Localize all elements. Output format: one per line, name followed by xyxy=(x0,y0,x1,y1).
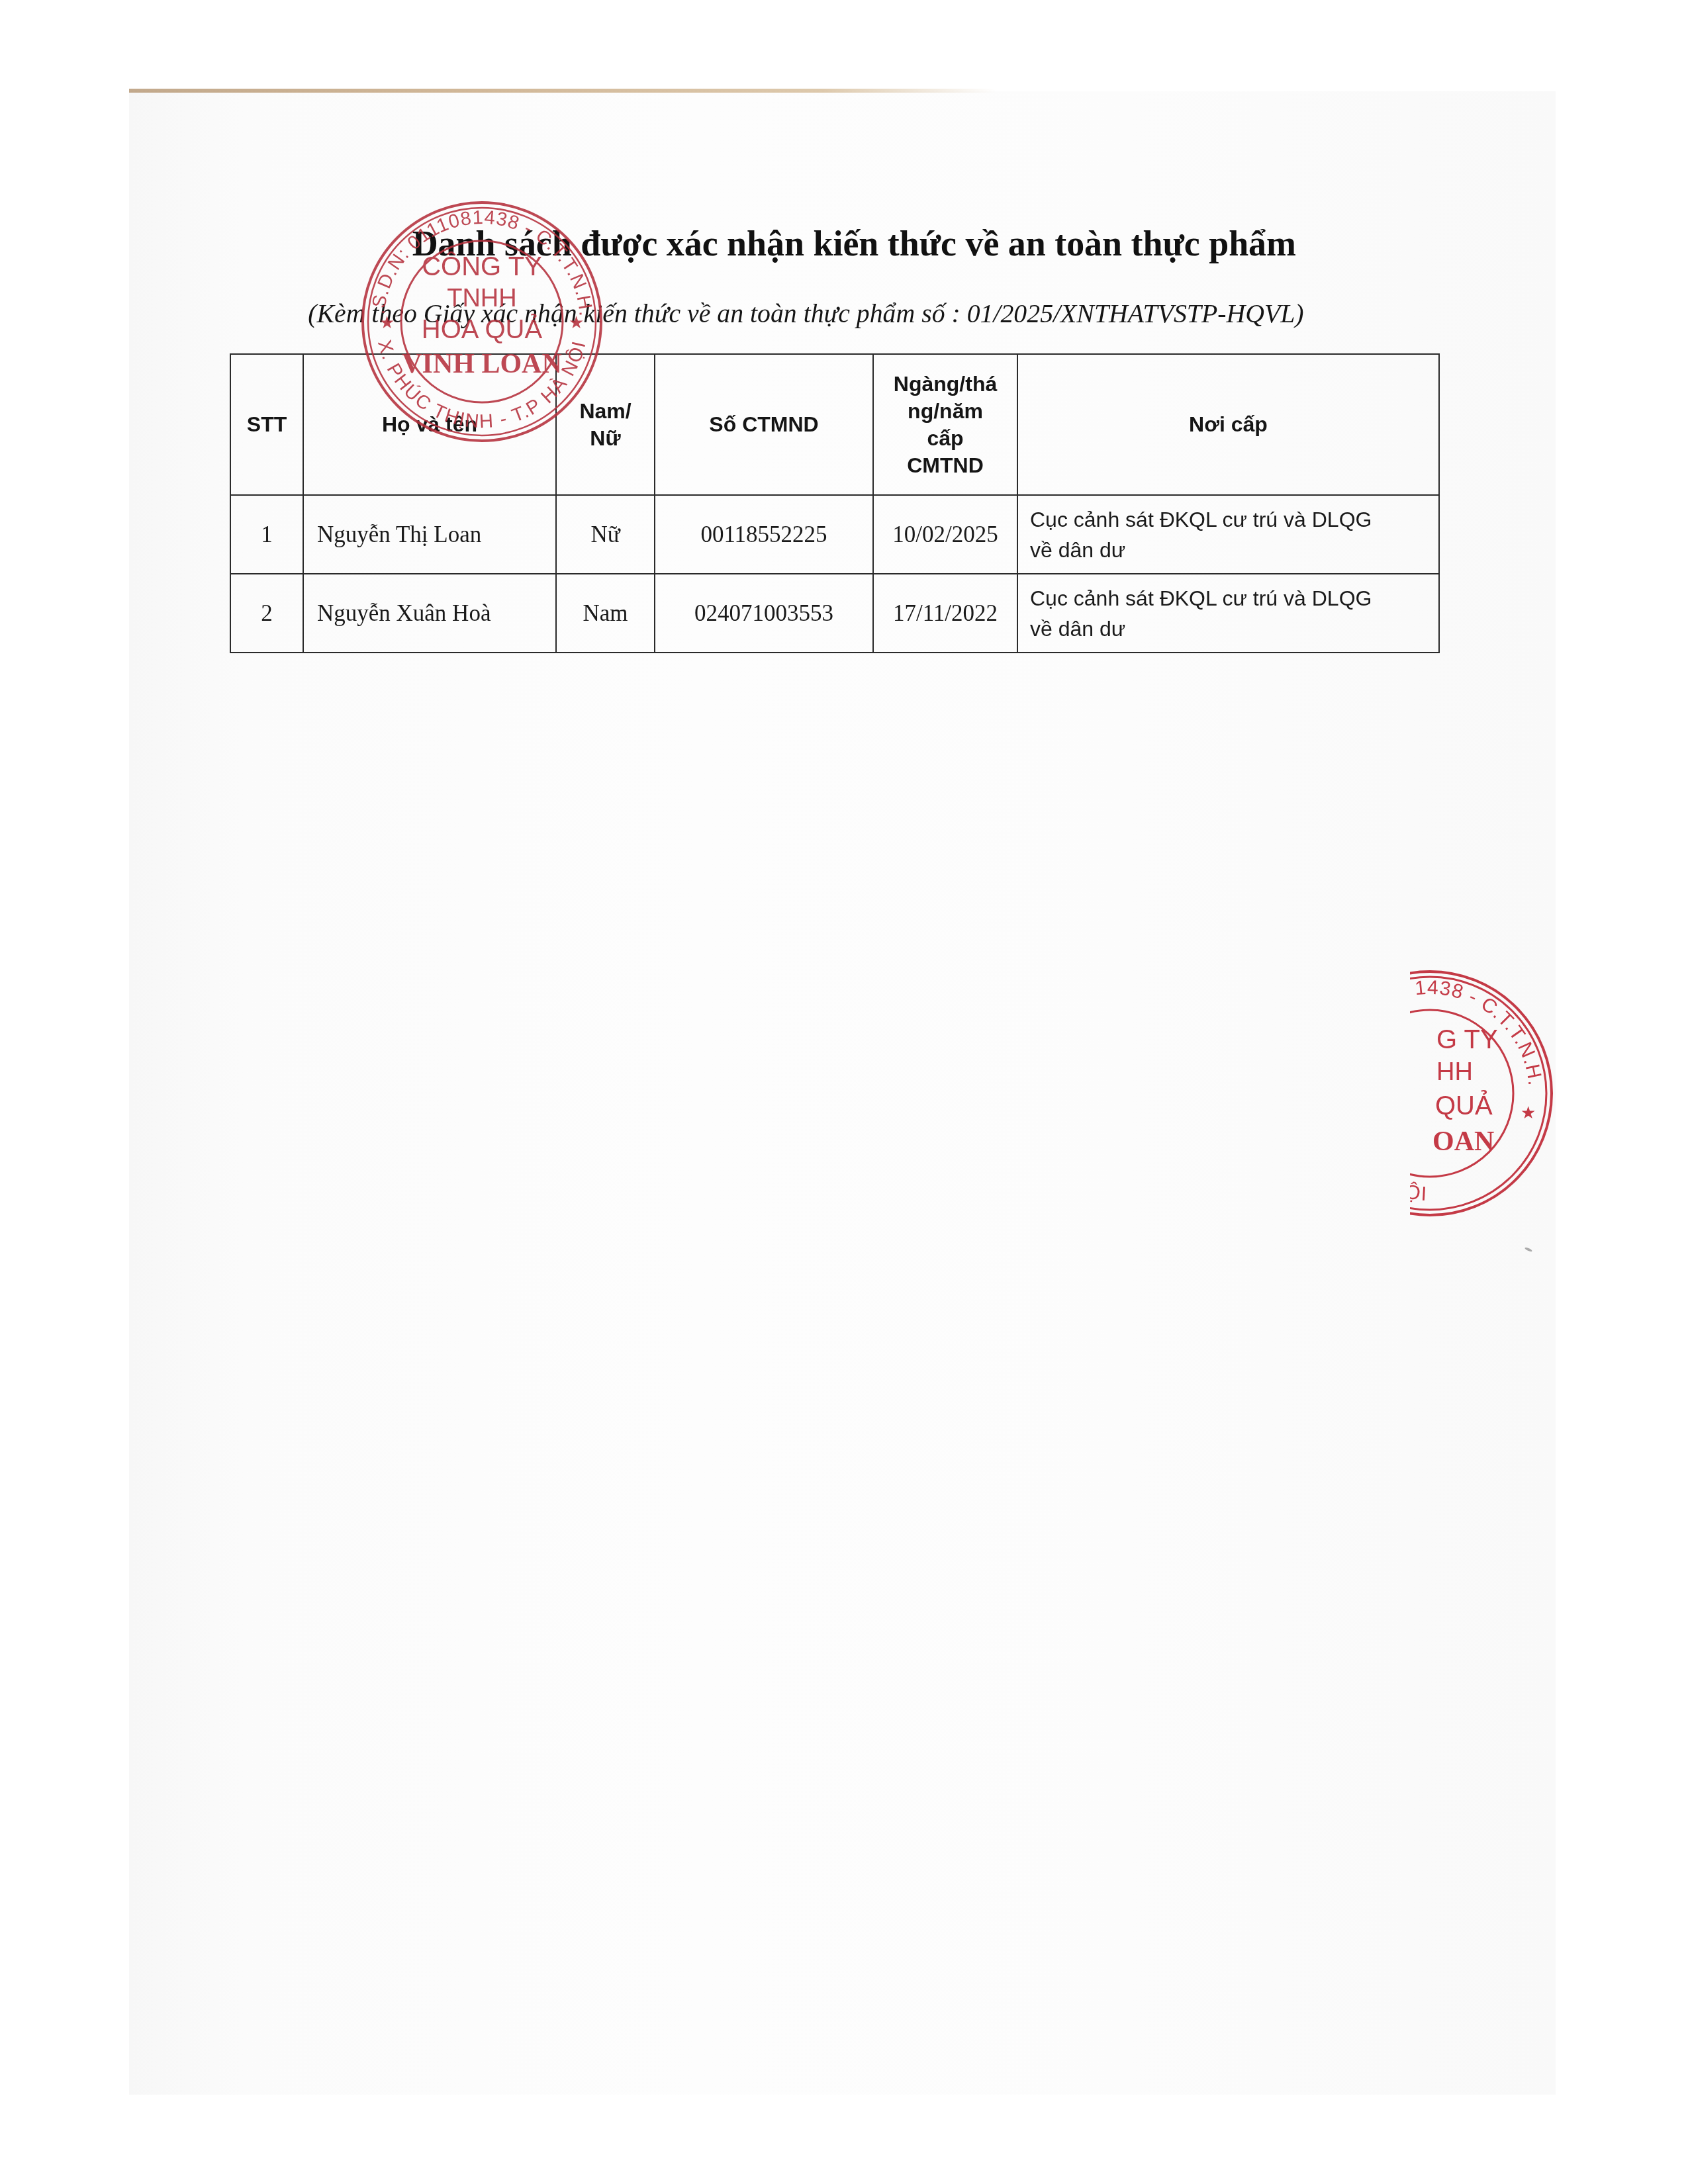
partial-seal-center-line2: HH xyxy=(1436,1058,1473,1086)
cell-gender: Nữ xyxy=(556,495,655,574)
document-subtitle: (Kèm theo Giấy xác nhận kiến thức về an … xyxy=(129,295,1556,332)
certified-persons-table: STT Họ và tên Nam/ Nữ Số CTMND Ngàng/thá… xyxy=(230,353,1440,653)
header-issue-date: Ngàng/thá ng/năm cấp CMTND xyxy=(873,354,1017,495)
partial-seal-center-line3: QUẢ xyxy=(1435,1090,1493,1120)
partial-seal-ring-top-text: 1438 - C.T.T.N.H.H xyxy=(1410,968,1546,1087)
cell-gender: Nam xyxy=(556,574,655,653)
partial-seal-icon: 1438 - C.T.T.N.H.H - T.P HÀ NỘI ★ G TY H… xyxy=(1410,968,1556,1219)
header-name: Họ và tên xyxy=(303,354,556,495)
cell-issued-by-line1: Cục cảnh sát ĐKQL cư trú và DLQG xyxy=(1030,583,1430,614)
cell-issue-date: 17/11/2022 xyxy=(873,574,1017,653)
header-issue-date-line2: ng/năm xyxy=(874,398,1017,425)
cell-issue-date: 10/02/2025 xyxy=(873,495,1017,574)
header-stt: STT xyxy=(230,354,303,495)
cell-id-number: 00118552225 xyxy=(655,495,873,574)
header-issue-date-line3: cấp xyxy=(874,425,1017,452)
partial-seal-ring-bottom-text: - T.P HÀ NỘI xyxy=(1410,1122,1429,1205)
page-top-edge xyxy=(129,89,996,93)
cell-stt: 2 xyxy=(230,574,303,653)
cell-stt: 1 xyxy=(230,495,303,574)
partial-seal-stamp: 1438 - C.T.T.N.H.H - T.P HÀ NỘI ★ G TY H… xyxy=(1410,960,1556,1238)
cell-name: Nguyễn Thị Loan xyxy=(303,495,556,574)
cell-id-number: 024071003553 xyxy=(655,574,873,653)
partial-seal-center-line4: OAN xyxy=(1432,1126,1494,1157)
cell-issued-by-line2: về dân dư xyxy=(1030,535,1430,565)
header-issue-date-line4: CMTND xyxy=(874,452,1017,479)
partial-seal-star-icon: ★ xyxy=(1521,1103,1536,1122)
partial-seal-center-line1: G TY xyxy=(1436,1025,1498,1054)
svg-text:- T.P HÀ NỘI: - T.P HÀ NỘI xyxy=(1410,1122,1429,1205)
header-gender-line1: Nam/ xyxy=(557,398,654,425)
document-title-text: Danh sách được xác nhận kiến thức về an … xyxy=(412,222,1296,265)
table-row: 1 Nguyễn Thị Loan Nữ 00118552225 10/02/2… xyxy=(230,495,1439,574)
header-issue-date-line1: Ngàng/thá xyxy=(874,371,1017,398)
cell-issued-by: Cục cảnh sát ĐKQL cư trú và DLQG về dân … xyxy=(1017,574,1439,653)
header-issued-by: Nơi cấp xyxy=(1017,354,1439,495)
svg-text:1438 - C.T.T.N.H.H: 1438 - C.T.T.N.H.H xyxy=(1410,968,1546,1087)
cell-issued-by: Cục cảnh sát ĐKQL cư trú và DLQG về dân … xyxy=(1017,495,1439,574)
header-id-number: Số CTMND xyxy=(655,354,873,495)
document-title: Danh sách được xác nhận kiến thức về an … xyxy=(129,222,1556,265)
header-gender: Nam/ Nữ xyxy=(556,354,655,495)
table-header-row: STT Họ và tên Nam/ Nữ Số CTMND Ngàng/thá… xyxy=(230,354,1439,495)
header-gender-line2: Nữ xyxy=(557,425,654,452)
cell-name: Nguyễn Xuân Hoà xyxy=(303,574,556,653)
cell-issued-by-line1: Cục cảnh sát ĐKQL cư trú và DLQG xyxy=(1030,504,1430,535)
table-row: 2 Nguyễn Xuân Hoà Nam 024071003553 17/11… xyxy=(230,574,1439,653)
document-subtitle-text: (Kèm theo Giấy xác nhận kiến thức về an … xyxy=(308,295,1303,332)
cell-issued-by-line2: về dân dư xyxy=(1030,614,1430,644)
